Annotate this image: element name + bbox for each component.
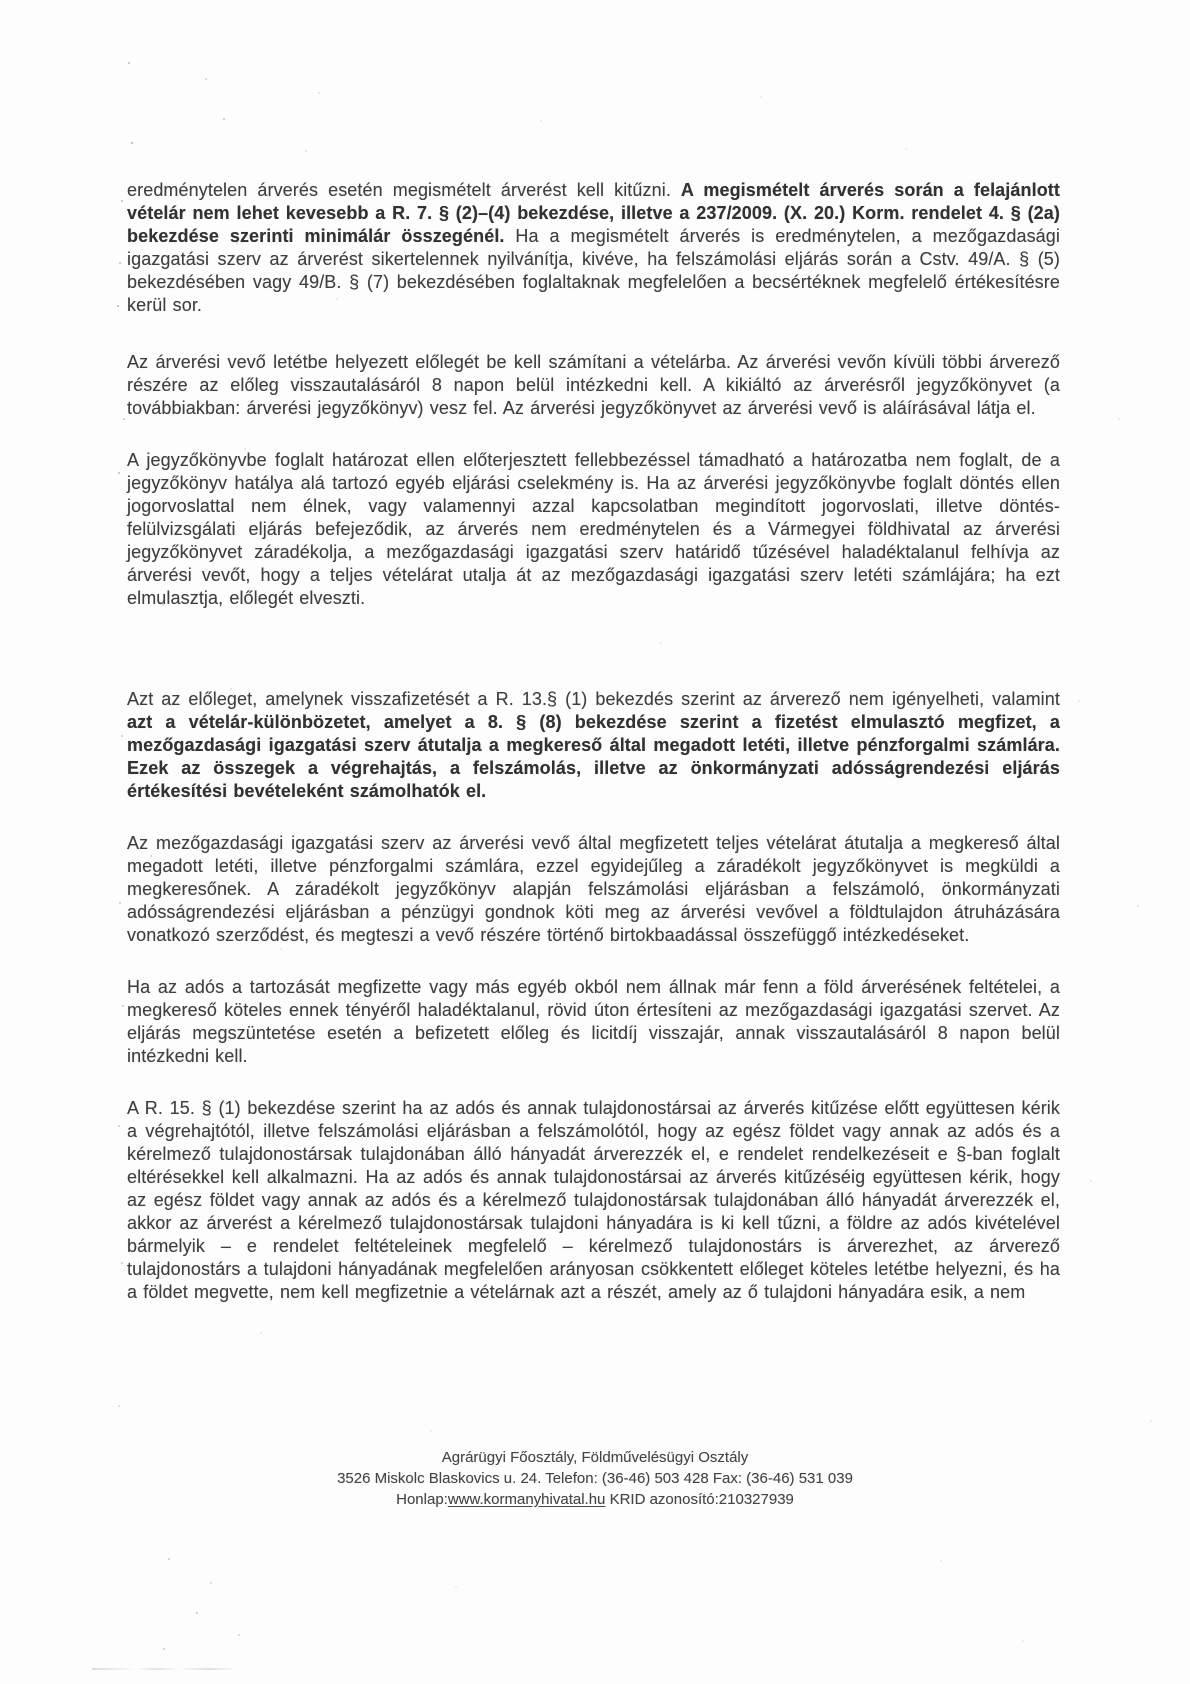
footer-website-line: Honlap:www.kormanyhivatal.hu KRID azonos…	[0, 1489, 1190, 1510]
krid-id: KRID azonosító:210327939	[605, 1491, 793, 1508]
scan-smudge	[92, 1668, 237, 1670]
text-run: A R. 15. § (1) bekezdése szerint ha az a…	[127, 1098, 1060, 1302]
paragraph-eloleg-beszamitas: Az árverési vevő letétbe helyezett előle…	[127, 351, 1060, 420]
text-run: Az árverési vevő letétbe helyezett előle…	[127, 352, 1060, 418]
website-label: Honlap:	[396, 1491, 448, 1508]
paragraph-eljaras-megszuntetes: Ha az adós a tartozását megfizette vagy …	[127, 976, 1060, 1068]
document-body: eredménytelen árverés esetén megismételt…	[127, 179, 1060, 1333]
text-run: eredménytelen árverés esetén megismételt…	[127, 180, 681, 200]
text-run: Az mezőgazdasági igazgatási szerv az árv…	[127, 833, 1060, 945]
page-footer: Agrárügyi Főosztály, Földművelésügyi Osz…	[0, 1447, 1190, 1510]
paragraph-megismetelt-arveres: eredménytelen árverés esetén megismételt…	[127, 179, 1060, 317]
paragraph-jegyzokonyv-fellebbezes: A jegyzőkönyvbe foglalt határozat ellen …	[127, 449, 1060, 610]
paragraph-eloleg-visszafizetes: Azt az előleget, amelynek visszafizetésé…	[127, 688, 1060, 803]
text-run: Ha az adós a tartozását megfizette vagy …	[127, 977, 1060, 1066]
text-run: 3526 Miskolc Blaskovics u. 24. Telefon: …	[337, 1470, 853, 1487]
bold-text-run: azt a vételár-különbözetet, amelyet a 8.…	[127, 712, 1060, 801]
footer-address-line: 3526 Miskolc Blaskovics u. 24. Telefon: …	[0, 1468, 1190, 1489]
kormanyhivatal-link[interactable]: www.kormanyhivatal.hu	[448, 1491, 606, 1508]
paragraph-r15-kozos-tulajdon: A R. 15. § (1) bekezdése szerint ha az a…	[127, 1097, 1060, 1304]
paragraph-vetelar-atutalas: Az mezőgazdasági igazgatási szerv az árv…	[127, 832, 1060, 947]
text-run: Azt az előleget, amelynek visszafizetésé…	[127, 689, 1060, 709]
scanned-document-page: eredménytelen árverés esetén megismételt…	[0, 0, 1190, 1684]
text-run: Agrárügyi Főosztály, Földművelésügyi Osz…	[442, 1449, 749, 1466]
text-run: A jegyzőkönyvbe foglalt határozat ellen …	[127, 450, 1060, 608]
scan-noise	[0, 0, 2, 2]
footer-department-line: Agrárügyi Főosztály, Földművelésügyi Osz…	[0, 1447, 1190, 1468]
